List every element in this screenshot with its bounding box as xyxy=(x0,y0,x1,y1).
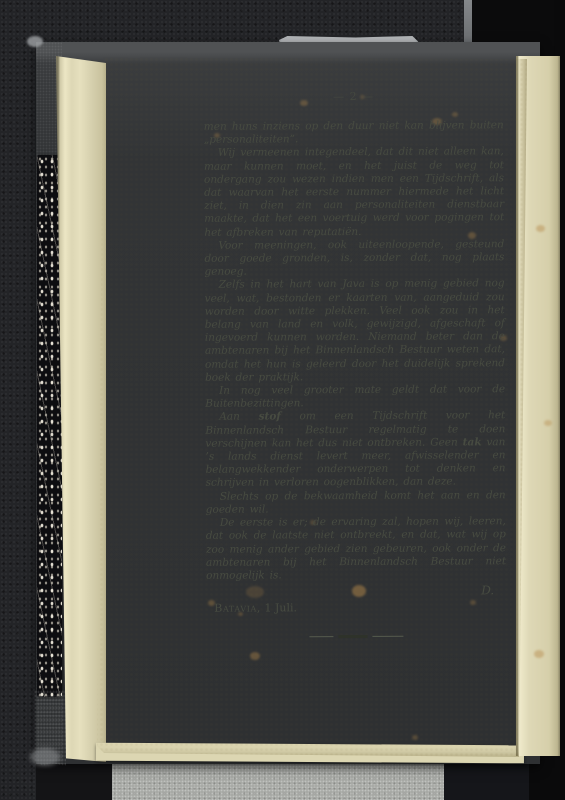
paragraph: Aan stof om een Tijdschrift voor het Bin… xyxy=(205,410,505,491)
divider-thin-right xyxy=(372,636,403,637)
paragraph: Slechts op de bekwaamheid komt het aan e… xyxy=(206,489,506,517)
scanned-book-photo: — 2 — men huns inziens op den duur niet … xyxy=(0,0,565,800)
text-segment: In nog veel grooter mate geldt dat voor … xyxy=(205,383,505,410)
paragraph: De eerste is er; de ervaring zal, hopen … xyxy=(206,515,506,583)
dateline: Batavia, 1 Juli. xyxy=(206,600,506,615)
text-segment: Zelfs in het hart van Java is op menig g… xyxy=(205,278,505,384)
text-block: men huns inziens op den duur niet kan bl… xyxy=(204,119,506,583)
text-segment: De eerste is er; de ervaring zal, hopen … xyxy=(206,515,506,581)
page-number: — 2 — xyxy=(204,89,504,104)
text-segment: Voor meeningen, ook uiteenloopende, gest… xyxy=(204,238,504,278)
paragraph: Voor meeningen, ook uiteenloopende, gest… xyxy=(204,238,504,279)
dateline-date: 1 Juli. xyxy=(264,601,297,614)
dateline-place: Batavia, xyxy=(214,602,261,615)
divider-thin-left xyxy=(309,636,333,637)
text-segment: men huns inziens op den duur niet kan bl… xyxy=(204,119,504,146)
signature: D. xyxy=(206,583,506,599)
bold-word: tak xyxy=(463,436,482,448)
frayed-corner-top xyxy=(27,36,43,47)
text-segment: Slechts op de bekwaamheid komt het aan e… xyxy=(206,489,506,516)
text-segment: Wij vermeenen integendeel, dat dit niet … xyxy=(204,146,504,239)
page-content: — 2 — men huns inziens op den duur niet … xyxy=(204,89,507,639)
text-segment: Aan xyxy=(219,411,258,423)
paragraph: Zelfs in het hart van Java is op menig g… xyxy=(205,278,506,385)
divider-thick-center xyxy=(338,635,367,638)
paragraph: In nog veel grooter mate geldt dat voor … xyxy=(205,383,505,411)
marbled-spine-paper xyxy=(37,155,62,697)
scanner-edge-highlight xyxy=(464,0,472,42)
frayed-corner-bottom xyxy=(30,748,60,766)
bold-word: stof xyxy=(259,411,281,423)
paragraph: Wij vermeenen integendeel, dat dit niet … xyxy=(204,146,504,240)
paragraph: men huns inziens op den duur niet kan bl… xyxy=(204,119,504,147)
